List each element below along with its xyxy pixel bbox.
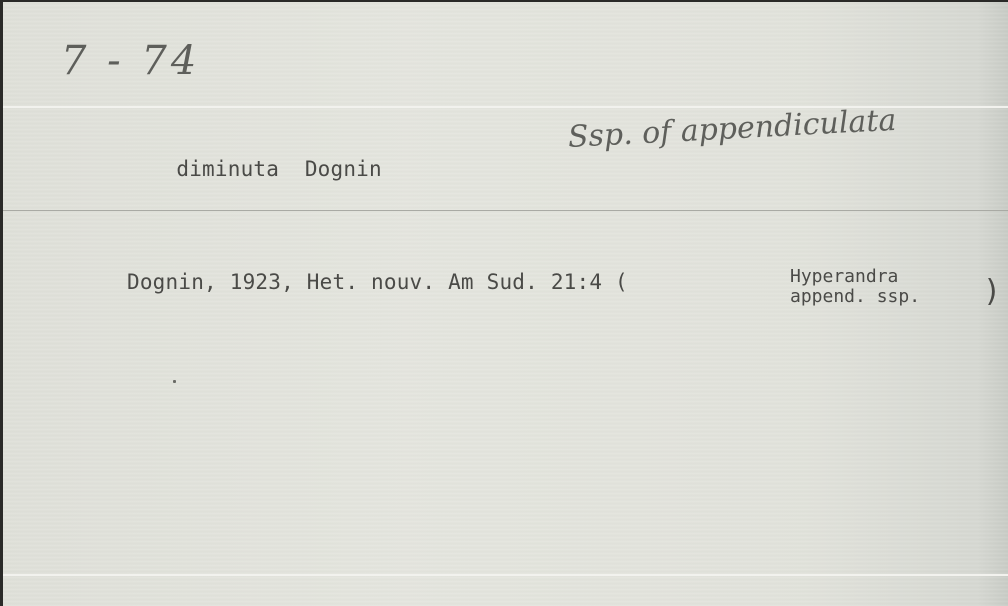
citation-text: Dognin, 1923, Het. nouv. Am Sud. 21:4 ( [127,270,628,294]
citation-genus: Hyperandra [790,266,898,287]
citation-status: append. ssp. [790,286,920,307]
species-author: Dognin [305,157,382,181]
species-epithet: diminuta [176,157,279,181]
index-card: 7 - 74 diminuta Dognin Ssp. of appendicu… [3,2,1008,606]
citation-close-paren: ) [983,274,1001,309]
card-rule-middle [3,210,1008,211]
catalog-number: 7 - 74 [61,38,200,84]
handwritten-note: Ssp. of appendiculata [567,103,897,155]
species-name-line: diminuta Dognin [125,133,382,205]
card-rule-bottom [3,574,1008,576]
paper-speck [173,380,176,383]
